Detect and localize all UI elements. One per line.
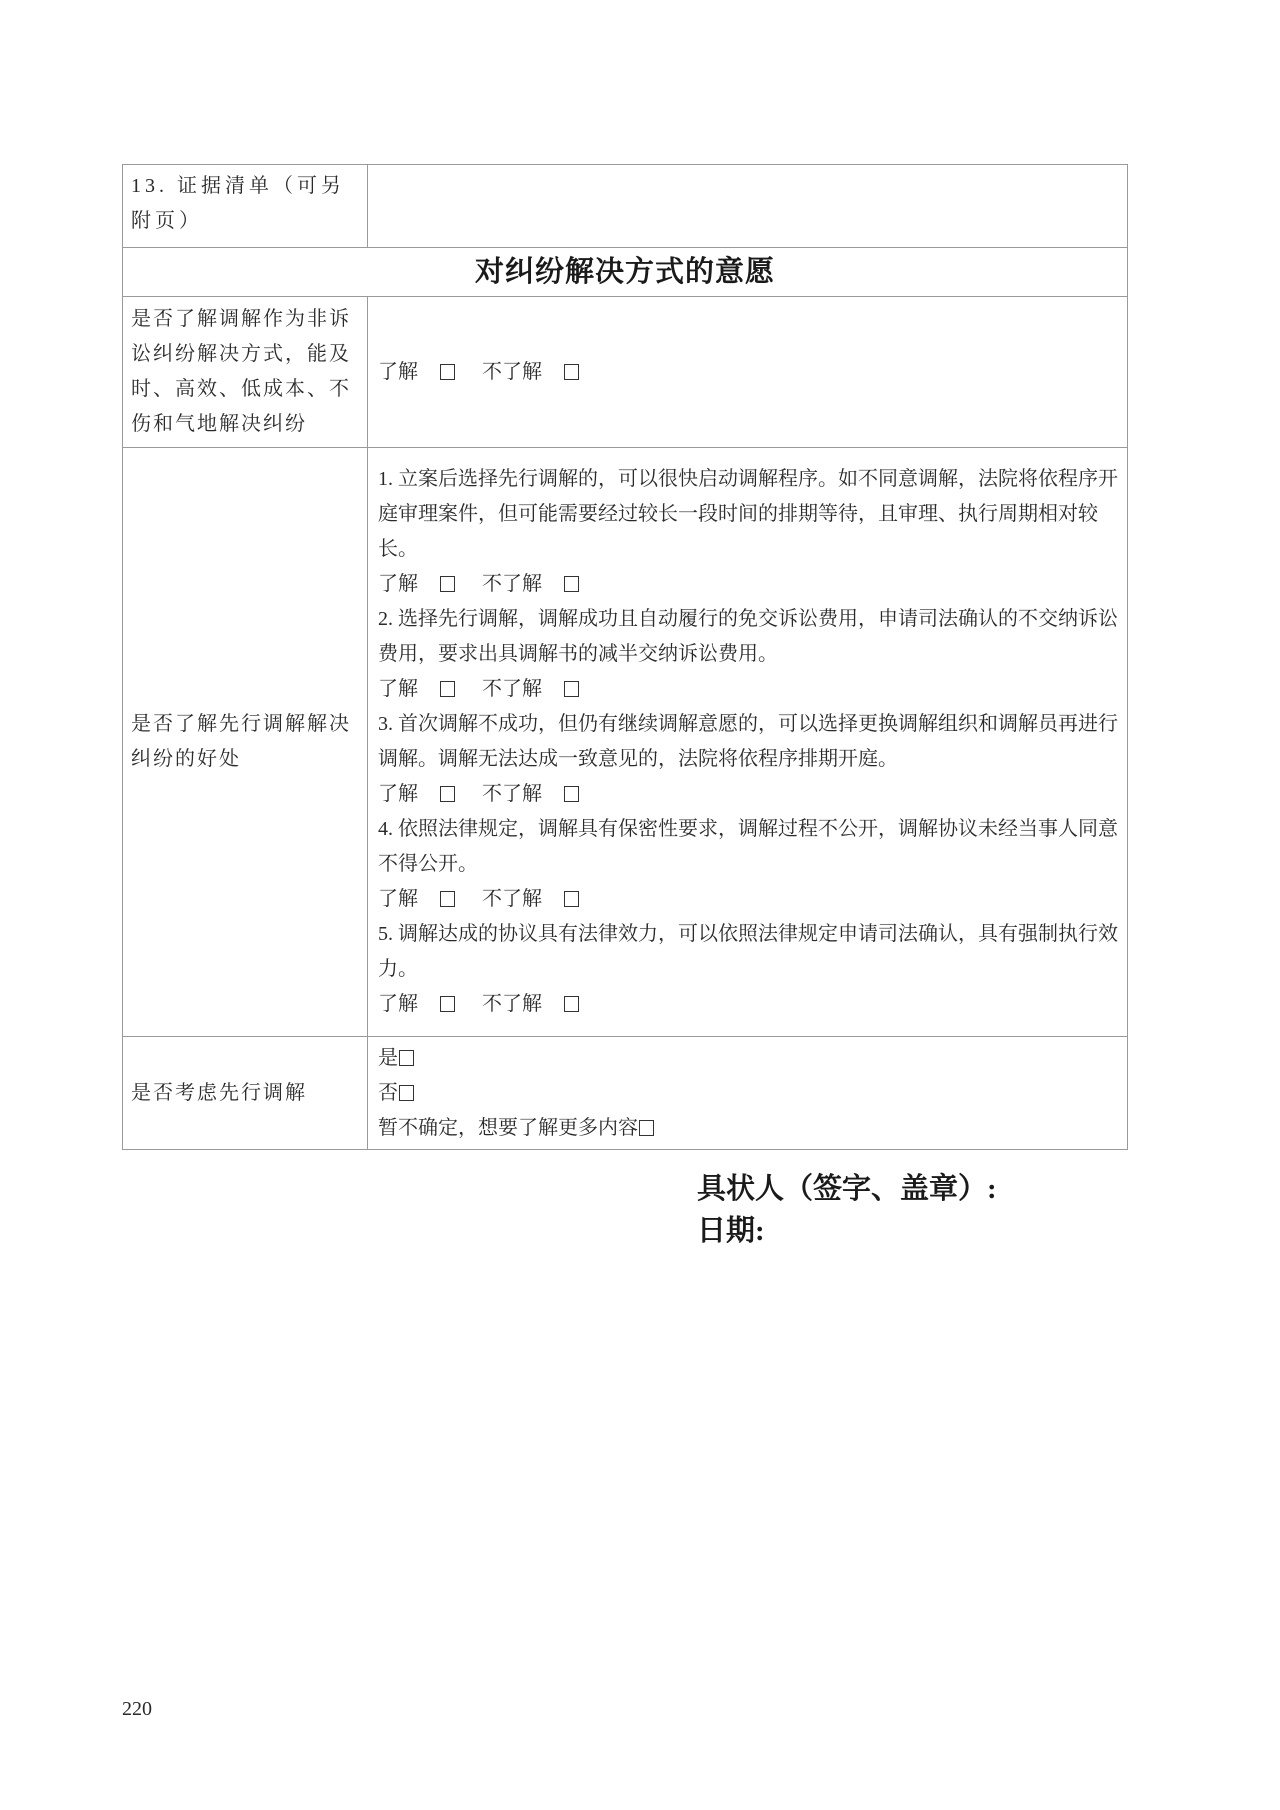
benefit-item-text: 1. 立案后选择先行调解的，可以很快启动调解程序。如不同意调解，法院将依程序开庭…	[378, 462, 1119, 567]
checkbox[interactable]	[564, 996, 579, 1012]
benefit-item-text: 4. 依照法律规定，调解具有保密性要求，调解过程不公开，调解协议未经当事人同意不…	[378, 812, 1119, 882]
benefit-item-options: 了解 不了解	[378, 987, 1119, 1022]
option-understand[interactable]: 了解	[378, 361, 455, 383]
option-label: 了解	[378, 678, 418, 700]
consider-mediation-label: 是否考虑先行调解	[123, 1037, 368, 1150]
section-title-row: 对纠纷解决方式的意愿	[123, 248, 1128, 297]
option-label: 暂不确定，想要了解更多内容	[378, 1117, 638, 1139]
option-label: 了解	[378, 573, 418, 595]
option-not-understand[interactable]: 不了解	[482, 573, 579, 595]
option-label: 不了解	[482, 361, 542, 383]
benefit-item-options: 了解 不了解	[378, 567, 1119, 602]
option-not-understand[interactable]: 不了解	[482, 783, 579, 805]
consider-mediation-options: 是 否 暂不确定，想要了解更多内容	[368, 1037, 1128, 1150]
consider-mediation-row: 是否考虑先行调解 是 否 暂不确定，想要了解更多内容	[123, 1037, 1128, 1150]
evidence-list-label: 13. 证据清单（可另附页）	[123, 165, 368, 248]
mediation-awareness-options: 了解 不了解	[368, 297, 1128, 448]
option-understand[interactable]: 了解	[378, 678, 455, 700]
option-label: 不了解	[482, 573, 542, 595]
evidence-list-field[interactable]	[368, 165, 1128, 248]
section-title: 对纠纷解决方式的意愿	[123, 248, 1128, 297]
option-label: 不了解	[482, 783, 542, 805]
signature-block: 具状人（签字、盖章）: 日期:	[697, 1168, 997, 1252]
mediation-awareness-row: 是否了解调解作为非诉讼纠纷解决方式，能及时、高效、低成本、不伤和气地解决纠纷 了…	[123, 297, 1128, 448]
mediation-benefits-row: 是否了解先行调解解决纠纷的好处 1. 立案后选择先行调解的，可以很快启动调解程序…	[123, 448, 1128, 1037]
checkbox[interactable]	[399, 1085, 414, 1101]
checkbox[interactable]	[399, 1050, 414, 1066]
checkbox[interactable]	[564, 786, 579, 802]
mediation-benefits-label: 是否了解先行调解解决纠纷的好处	[123, 448, 368, 1037]
checkbox[interactable]	[440, 996, 455, 1012]
option-understand[interactable]: 了解	[378, 573, 455, 595]
signer-label: 具状人（签字、盖章）:	[697, 1168, 997, 1210]
checkbox[interactable]	[440, 681, 455, 697]
option-not-understand[interactable]: 不了解	[482, 993, 579, 1015]
checkbox[interactable]	[440, 364, 455, 380]
checkbox[interactable]	[564, 576, 579, 592]
option-not-understand[interactable]: 不了解	[482, 678, 579, 700]
benefit-item-text: 3. 首次调解不成功，但仍有继续调解意愿的，可以选择更换调解组织和调解员再进行调…	[378, 707, 1119, 777]
checkbox[interactable]	[639, 1120, 654, 1136]
checkbox[interactable]	[564, 681, 579, 697]
checkbox[interactable]	[440, 891, 455, 907]
option-undecided[interactable]: 暂不确定，想要了解更多内容	[378, 1111, 1119, 1146]
option-label: 不了解	[482, 888, 542, 910]
checkbox[interactable]	[440, 786, 455, 802]
option-not-understand[interactable]: 不了解	[482, 361, 579, 383]
benefit-item-text: 2. 选择先行调解，调解成功且自动履行的免交诉讼费用，申请司法确认的不交纳诉讼费…	[378, 602, 1119, 672]
checkbox[interactable]	[564, 891, 579, 907]
option-label: 了解	[378, 361, 418, 383]
page-number: 220	[122, 1698, 152, 1721]
option-not-understand[interactable]: 不了解	[482, 888, 579, 910]
option-label: 了解	[378, 783, 418, 805]
benefit-item-options: 了解 不了解	[378, 777, 1119, 812]
benefit-item-options: 了解 不了解	[378, 672, 1119, 707]
mediation-awareness-label: 是否了解调解作为非诉讼纠纷解决方式，能及时、高效、低成本、不伤和气地解决纠纷	[123, 297, 368, 448]
checkbox[interactable]	[440, 576, 455, 592]
benefit-item-text: 5. 调解达成的协议具有法律效力，可以依照法律规定申请司法确认，具有强制执行效力…	[378, 917, 1119, 987]
option-no[interactable]: 否	[378, 1076, 1119, 1111]
option-label: 不了解	[482, 678, 542, 700]
option-understand[interactable]: 了解	[378, 888, 455, 910]
mediation-intent-form-table: 13. 证据清单（可另附页） 对纠纷解决方式的意愿 是否了解调解作为非诉讼纠纷解…	[122, 164, 1128, 1150]
option-understand[interactable]: 了解	[378, 783, 455, 805]
benefit-item-options: 了解 不了解	[378, 882, 1119, 917]
option-label: 不了解	[482, 993, 542, 1015]
option-label: 了解	[378, 993, 418, 1015]
option-understand[interactable]: 了解	[378, 993, 455, 1015]
option-yes[interactable]: 是	[378, 1041, 1119, 1076]
option-label: 了解	[378, 888, 418, 910]
checkbox[interactable]	[564, 364, 579, 380]
option-label: 否	[378, 1082, 398, 1104]
mediation-benefits-items: 1. 立案后选择先行调解的，可以很快启动调解程序。如不同意调解，法院将依程序开庭…	[368, 448, 1128, 1037]
evidence-list-row: 13. 证据清单（可另附页）	[123, 165, 1128, 248]
option-label: 是	[378, 1047, 398, 1069]
date-label: 日期:	[697, 1210, 997, 1252]
